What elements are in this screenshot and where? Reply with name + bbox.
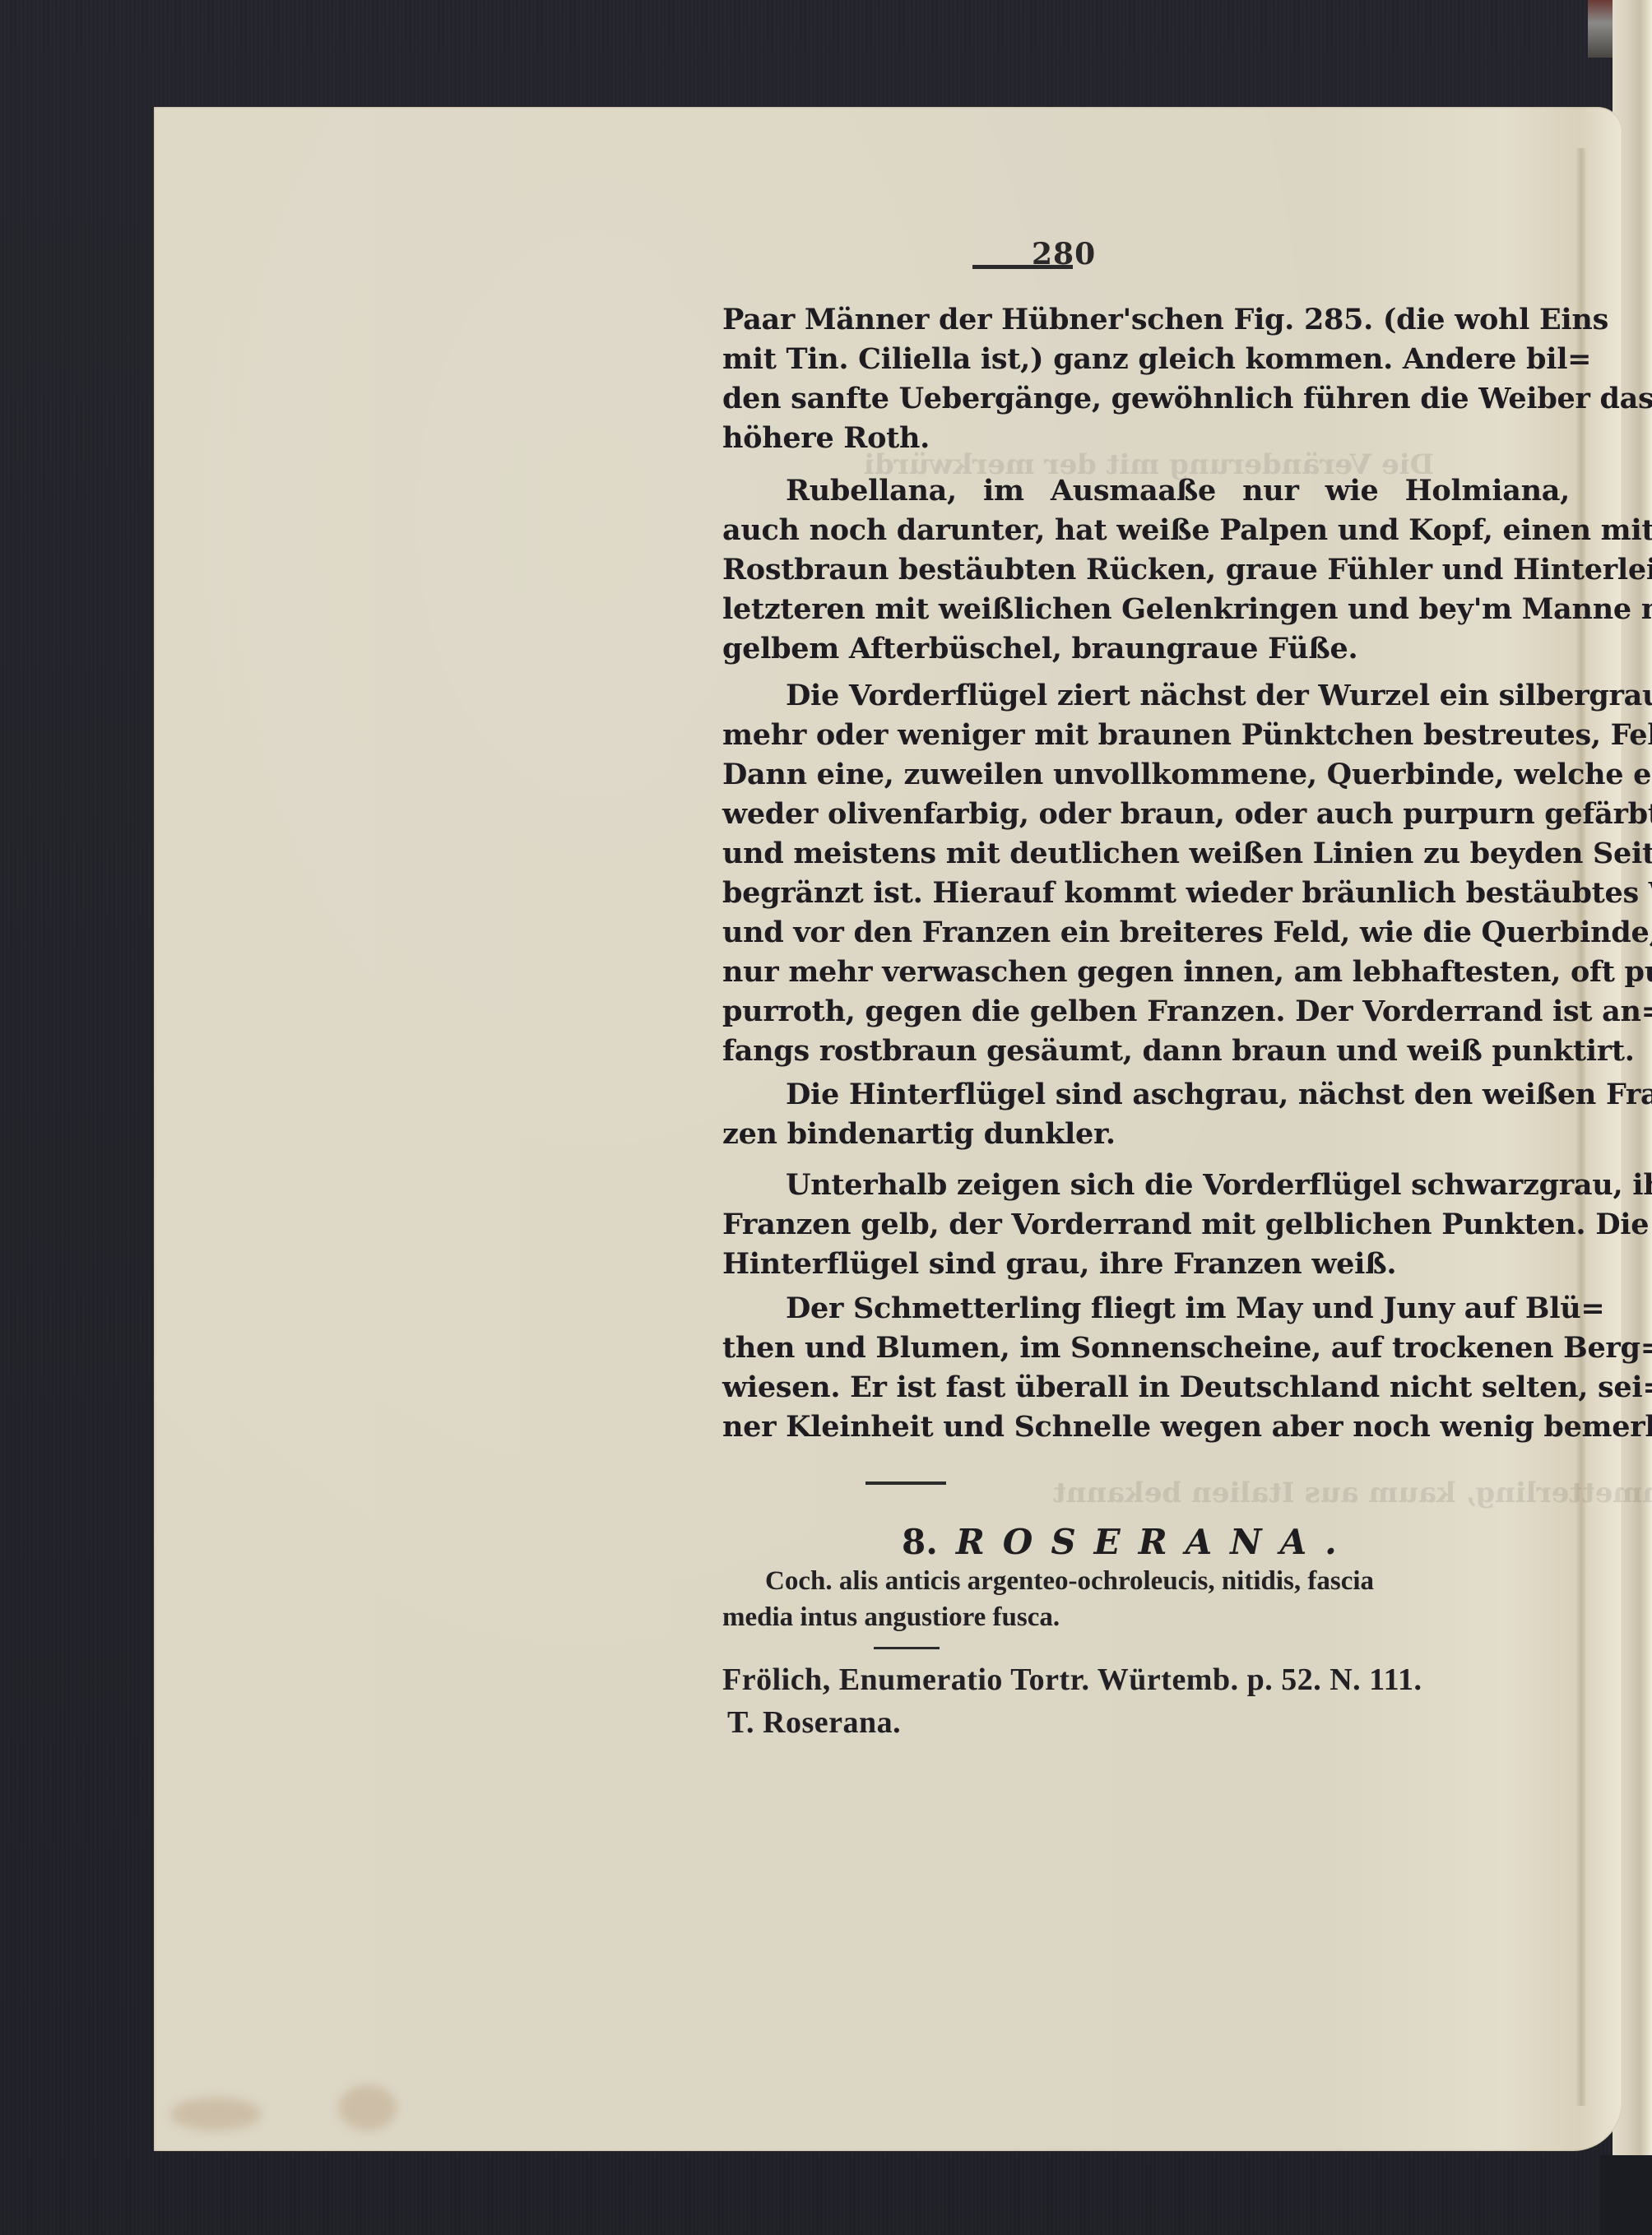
text-line: Der Schmetterling fliegt im May und Juny… (786, 1291, 1570, 1326)
text-line: und meistens mit deutlichen weißen Linie… (722, 837, 1570, 871)
text-line: Die Hinterflügel sind aschgrau, nächst d… (786, 1078, 1570, 1112)
section-divider (865, 1481, 946, 1485)
text-line: Unterhalb zeigen sich die Vorderflügel s… (786, 1168, 1570, 1203)
paper-stain (339, 2085, 397, 2131)
text-line: wiesen. Er ist fast überall in Deutschla… (722, 1370, 1570, 1405)
text-line: Die Vorderflügel ziert nächst der Wurzel… (786, 679, 1570, 713)
text-line: ner Kleinheit und Schnelle wegen aber no… (722, 1410, 1570, 1444)
diagnosis-line: Coch. alis anticis argenteo-ochroleucis,… (765, 1566, 1374, 1597)
text-line: auch noch darunter, hat weiße Palpen und… (722, 513, 1570, 548)
text-line: begränzt ist. Hierauf kommt wieder bräun… (722, 876, 1570, 911)
species-name: ROSERANA. (956, 1522, 1355, 1562)
text-line: Rostbraun bestäubten Rücken, graue Fühle… (722, 553, 1570, 587)
text-line: höhere Roth. (722, 421, 1570, 456)
text-line: Dann eine, zuweilen unvollkommene, Querb… (722, 758, 1570, 792)
show-through-text: Der Schmetterling, kaum aus Italien beka… (1053, 1477, 1652, 1509)
paper-stain (170, 2098, 261, 2131)
species-heading: 8.ROSERANA. (902, 1522, 1355, 1562)
citation-line: Frölich, Enumeratio Tortr. Würtemb. p. 5… (722, 1662, 1422, 1698)
text-line: fangs rostbraun gesäumt, dann braun und … (722, 1034, 1570, 1069)
book-cover-edge-bottom (1600, 2155, 1652, 2235)
text-line: und vor den Franzen ein breiteres Feld, … (722, 916, 1570, 950)
text-line: letzteren mit weißlichen Gelenkringen un… (722, 592, 1570, 627)
text-line: Franzen gelb, der Vorderrand mit gelblic… (722, 1208, 1570, 1242)
text-line: zen bindenartig dunkler. (722, 1117, 1570, 1152)
text-line: purroth, gegen die gelben Franzen. Der V… (722, 995, 1570, 1029)
text-line: then und Blumen, im Sonnenscheine, auf t… (722, 1331, 1570, 1366)
text-line: mehr oder weniger mit braunen Pünktchen … (722, 718, 1570, 753)
text-line: mit Tin. Ciliella ist,) ganz gleich komm… (722, 342, 1570, 377)
citation-synonym: T. Roserana. (727, 1704, 901, 1741)
text-line: den sanfte Uebergänge, gewöhnlich führen… (722, 382, 1570, 416)
synonymy-divider (874, 1647, 940, 1649)
species-number: 8. (902, 1522, 938, 1562)
text-line: Hinterflügel sind grau, ihre Franzen wei… (722, 1247, 1570, 1282)
page-gutter-fold (1575, 148, 1587, 2106)
page-number-rule (972, 265, 1073, 269)
text-line: nur mehr verwaschen gegen innen, am lebh… (722, 955, 1570, 990)
diagnosis-line: media intus angustiore fusca. (722, 1602, 1060, 1633)
text-line: gelbem Afterbüschel, braungraue Füße. (722, 632, 1570, 666)
text-line: Paar Männer der Hübner'schen Fig. 285. (… (722, 303, 1570, 337)
text-line: weder olivenfarbig, oder braun, oder auc… (722, 797, 1570, 832)
text-line-species-lead: Rubellana, im Ausmaaße nur wie Holmiana, (786, 474, 1570, 508)
